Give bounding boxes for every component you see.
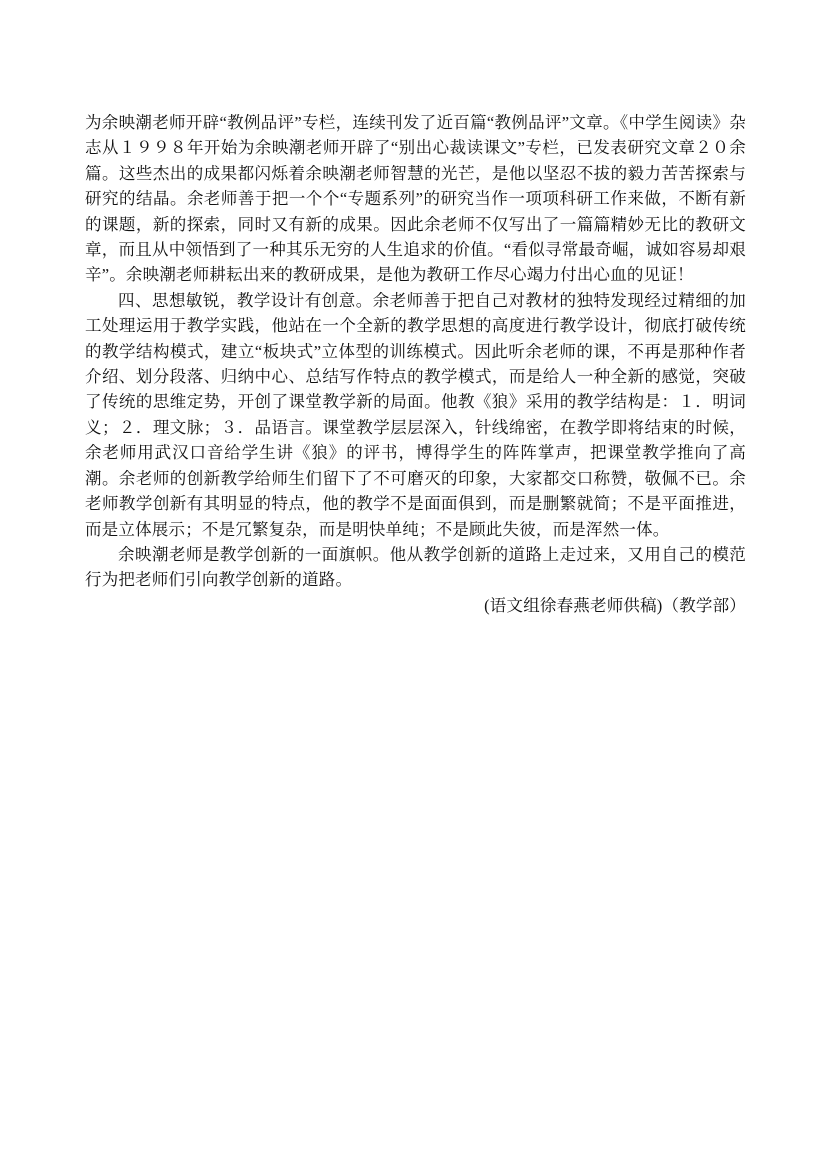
attribution-line: (语文组徐春燕老师供稿)（教学部） [85, 593, 746, 618]
paragraph-3: 余映潮老师是教学创新的一面旗帜。他从教学创新的道路上走过来，又用自己的模范行为把… [85, 542, 746, 593]
paragraph-2: 四、思想敏锐，教学设计有创意。余老师善于把自己对教材的独特发现经过精细的加工处理… [85, 288, 746, 542]
document-page: 为余映潮老师开辟“教例品评”专栏，连续刊发了近百篇“教例品评”文章。《中学生阅读… [0, 0, 829, 1169]
document-body: 为余映潮老师开辟“教例品评”专栏，连续刊发了近百篇“教例品评”文章。《中学生阅读… [85, 110, 746, 618]
paragraph-1: 为余映潮老师开辟“教例品评”专栏，连续刊发了近百篇“教例品评”文章。《中学生阅读… [85, 110, 746, 288]
